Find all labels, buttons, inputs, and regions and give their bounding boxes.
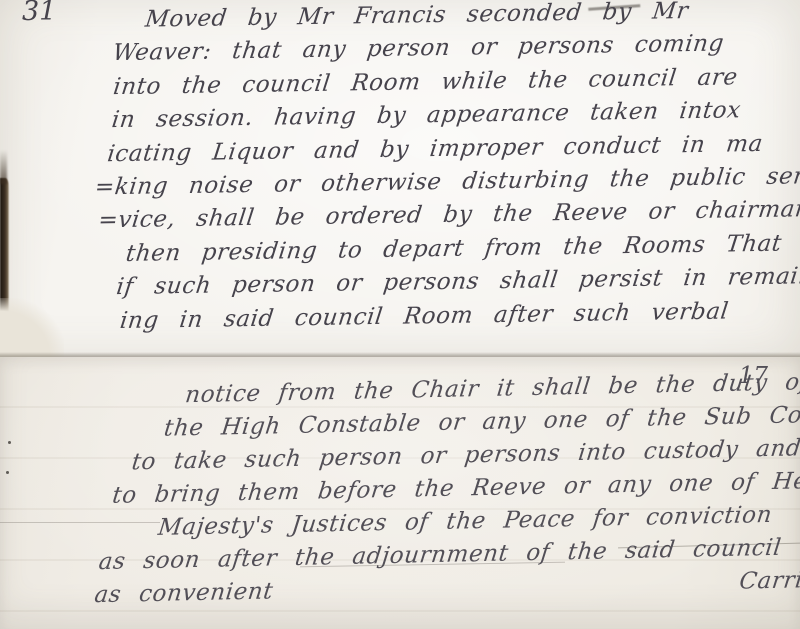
page-1: 31 Moved by Mr Francis seconded by Mr We…	[0, 0, 800, 357]
page-1-text-block: Moved by Mr Francis seconded by Mr Weave…	[0, 0, 800, 340]
page-2: 17 notice from the Chair it shall be the…	[0, 357, 800, 629]
scanned-document: 31 Moved by Mr Francis seconded by Mr We…	[0, 0, 800, 629]
carried-closing: Carried	[737, 564, 800, 599]
page-2-text-block: notice from the Chair it shall be the du…	[0, 366, 800, 614]
